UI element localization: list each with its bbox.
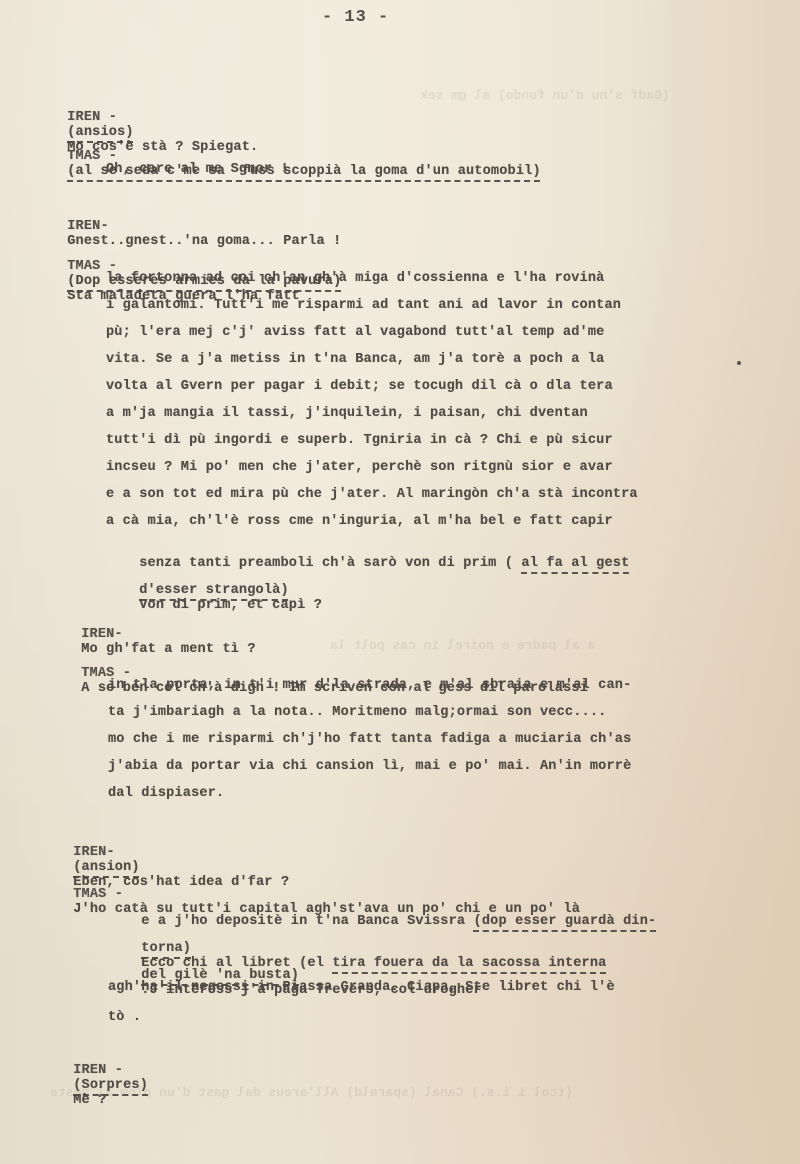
dialogue-line: incseu ? Mi po' men che j'ater, perchè s… [106,460,613,475]
speaker-label: IREN- [81,627,123,642]
speaker-label: IREN- [73,845,115,860]
dialogue-line: IREN - (Sorpres) Mè ? [40,1048,148,1123]
dialogue-line: a cà mia, ch'l'è ross cme n'inguria, al … [106,514,613,529]
dialogue-line: j'abia da portar via chi cansion lì, mai… [108,759,631,774]
speaker-label: IREN - [67,110,117,125]
line-text: Von di prim, et capì ? [139,598,322,613]
line-text: Mè ? [73,1093,106,1108]
page-number: - 13 - [322,8,389,27]
dialogue-line: volta al Gvern per pagar i debit; se toc… [106,379,613,394]
dialogue-line: a m'ja mangia il tassi, j'inquilein, i p… [106,406,588,421]
dialogue-line: la fortonna ad coi ch'an gh'à miga d'cos… [106,271,604,286]
stage-direction: (Sorpres) [73,1078,148,1093]
dialogue-line: tò . [108,1010,141,1025]
speaker-label: IREN - [73,1063,123,1078]
bleed-through-text: (Gadf s'nu d'un fondo) al gm sek [420,88,670,103]
dialogue-line: in tla porta, in t'i mur d'la strada, e … [108,678,631,693]
dialogue-line: Oh, care al me Sgnor ! [106,162,289,177]
dialogue-line: tutt'i dì pù ingordi e superb. Tgniria i… [106,433,613,448]
dialogue-line: dal dispiaser. [108,786,224,801]
ink-speck [737,361,741,365]
dialogue-line: i galantomi. Tutt'i me risparmi ad tant … [106,298,621,313]
stage-direction: d'esser strangolà) [139,583,289,598]
dialogue-line: mo che i me risparmi ch'j'ho fatt tanta … [108,732,631,747]
stage-direction: al fa al gest [521,556,629,571]
typewritten-page: - 13 - (Gadf s'nu d'un fondo) al gm sek … [0,0,800,1164]
dialogue-line: ta j'imbariagh a la nota.. Moritmeno mal… [108,705,606,720]
speaker-label: IREN- [67,219,109,234]
dialogue-line: e a son tot ed mira pù che j'ater. Al ma… [106,487,638,502]
dialogue-line: agh'ha'il negossi in Piassa Granda. Ciap… [108,980,615,995]
dialogue-line: pù; l'era mej c'j' aviss fatt al vagabon… [106,325,604,340]
dialogue-line: vita. Se a j'a metiss in t'na Banca, am … [106,352,604,367]
